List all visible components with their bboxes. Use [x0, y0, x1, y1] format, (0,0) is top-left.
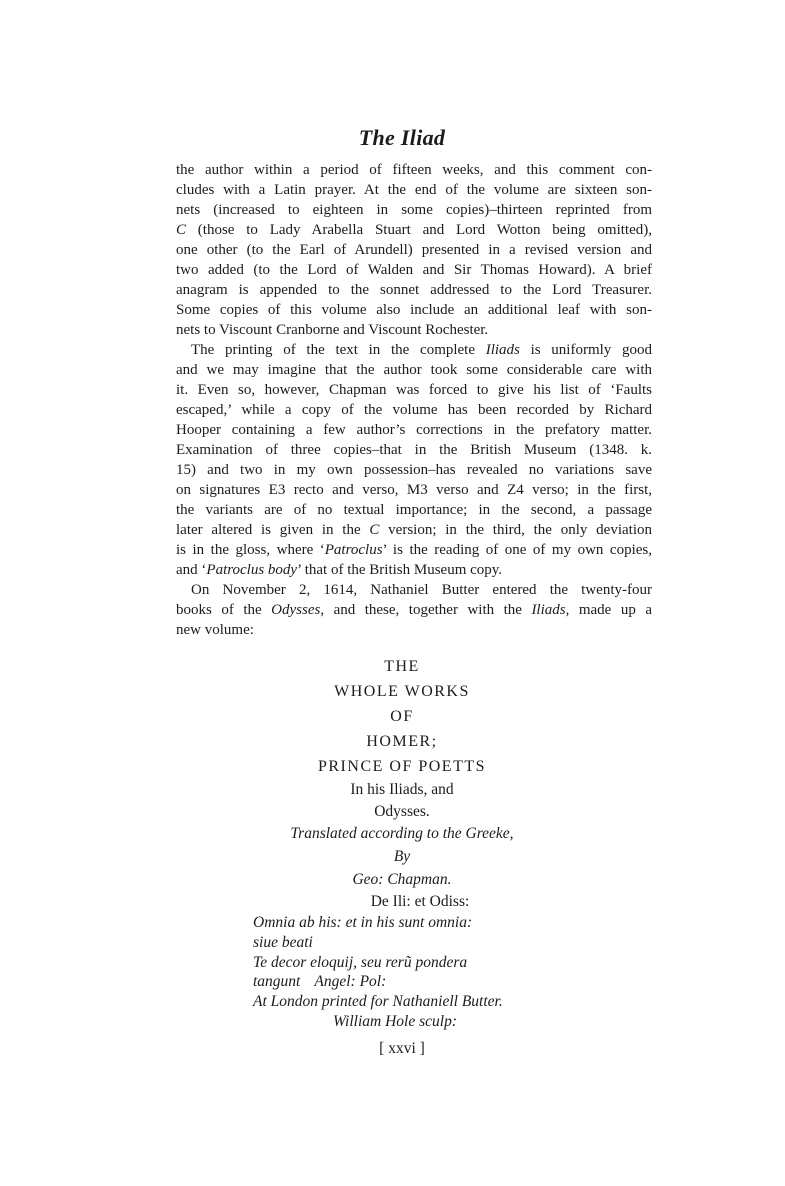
transcription-line: Te decor eloquij, seu rerũ pondera [253, 953, 640, 973]
body-line: two added (to the Lord of Walden and Sir… [176, 260, 652, 280]
transcription-line: THE [164, 654, 640, 679]
text-segment: Translated according to the Greeke, [290, 825, 513, 842]
body-line: escaped,’ while a copy of the volume has… [176, 400, 652, 420]
text-segment: Patroclus [325, 542, 383, 558]
body-line: 15) and two in my own possession–has rev… [176, 460, 652, 480]
transcription-line: At London printed for Nathaniell Butter. [253, 992, 640, 1012]
text-segment: the variants are of no textual importanc… [176, 502, 652, 518]
transcription-latin-verse: Omnia ab his: et in his sunt omnia:siue … [164, 913, 640, 992]
transcription-line: HOMER; [164, 729, 640, 754]
text-segment: In his Iliads, and [350, 781, 453, 798]
body-line: on signatures E3 recto and verso, M3 ver… [176, 480, 652, 500]
text-segment: Angel: Pol: [314, 973, 386, 990]
text-segment: The printing of the text in the complete [191, 342, 486, 358]
transcription-line: WHOLE WORKS [164, 679, 640, 704]
text-segment: De Ili: et Odiss: [371, 893, 470, 910]
text-segment: escaped,’ while a copy of the volume has… [176, 402, 652, 418]
text-segment: Te decor eloquij, seu rerũ pondera [253, 954, 467, 971]
page-title: The Iliad [164, 125, 640, 151]
text-segment: on signatures E3 recto and verso, M3 ver… [176, 482, 652, 498]
text-segment: On November 2, 1614, Nathaniel Butter en… [191, 582, 652, 598]
body-line: Examination of three copies–that in the … [176, 440, 652, 460]
text-segment: Examination of three copies–that in the … [176, 442, 652, 458]
text-segment: ’ that of the British Museum copy. [297, 562, 502, 578]
transcription-line: By [164, 845, 640, 868]
transcription-line: William Hole sculp: [253, 1012, 640, 1032]
body-line: and ‘Patroclus body’ that of the British… [176, 560, 652, 580]
body-line: C (those to Lady Arabella Stuart and Lor… [176, 220, 652, 240]
body-line: Some copies of this volume also include … [176, 300, 652, 320]
transcription-line: Omnia ab his: et in his sunt omnia: [253, 913, 640, 933]
book-page: The Iliad the author within a period of … [0, 0, 785, 1186]
transcription-main-title: THEWHOLE WORKSOFHOMER;PRINCE OF POETTS [164, 654, 640, 779]
body-line: nets (increased to eighteen in some copi… [176, 200, 652, 220]
text-segment: and ‘ [176, 562, 206, 578]
body-line: On November 2, 1614, Nathaniel Butter en… [176, 580, 652, 600]
body-text: the author within a period of fifteen we… [176, 160, 652, 640]
text-segment: By [394, 848, 410, 865]
body-line: one other (to the Earl of Arundell) pres… [176, 240, 652, 260]
transcription-line: PRINCE OF POETTS [164, 754, 640, 779]
text-segment: Patroclus body [206, 562, 297, 578]
transcription-line: siue beati [253, 933, 640, 953]
text-segment: tangunt [253, 973, 300, 990]
text-segment: Iliads [531, 602, 565, 618]
body-line: the author within a period of fifteen we… [176, 160, 652, 180]
transcription-line: In his Iliads, and [164, 779, 640, 801]
transcription-imprint: At London printed for Nathaniell Butter.… [164, 992, 640, 1032]
body-line: the variants are of no textual importanc… [176, 500, 652, 520]
body-line: and we may imagine that the author took … [176, 360, 652, 380]
text-segment: Geo: Chapman. [352, 871, 451, 888]
body-line: The printing of the text in the complete… [176, 340, 652, 360]
body-line: anagram is appended to the sonnet addres… [176, 280, 652, 300]
text-segment: is uniformly good [520, 342, 652, 358]
text-segment: , and these, together with the [320, 602, 531, 618]
text-segment: Some copies of this volume also include … [176, 302, 652, 318]
text-segment: is in the gloss, where ‘ [176, 542, 325, 558]
text-segment: it. Even so, however, Chapman was forced… [176, 382, 652, 398]
transcription-translator-credit: Translated according to the Greeke,ByGeo… [164, 822, 640, 891]
text-segment: anagram is appended to the sonnet addres… [176, 282, 652, 298]
text-segment: two added (to the Lord of Walden and Sir… [176, 262, 652, 278]
transcription-motto-heading: De Ili: et Odiss: [182, 891, 658, 913]
text-segment: WHOLE WORKS [334, 683, 470, 700]
text-segment: Odysses [271, 602, 320, 618]
text-segment: THE [384, 658, 420, 675]
text-segment: cludes with a Latin prayer. At the end o… [176, 182, 652, 198]
body-line: later altered is given in the C version;… [176, 520, 652, 540]
text-segment: C [176, 222, 186, 238]
text-segment: Omnia ab his: et in his sunt omnia: [253, 914, 472, 931]
text-segment: PRINCE OF POETTS [318, 758, 486, 775]
transcription-line: Translated according to the Greeke, [164, 822, 640, 845]
body-line: it. Even so, however, Chapman was forced… [176, 380, 652, 400]
text-segment: 15) and two in my own possession–has rev… [176, 462, 652, 478]
body-line: new volume: [176, 620, 652, 640]
text-segment: Hooper containing a few author’s correct… [176, 422, 652, 438]
text-segment: nets to Viscount Cranborne and Viscount … [176, 322, 488, 338]
text-segment: C [369, 522, 379, 538]
text-segment: ’ is the reading of one of my own copies… [383, 542, 652, 558]
body-line: books of the Odysses, and these, togethe… [176, 600, 652, 620]
text-segment: HOMER; [366, 733, 437, 750]
text-segment: At London printed for Nathaniell Butter. [253, 993, 503, 1010]
title-page-transcription: THEWHOLE WORKSOFHOMER;PRINCE OF POETTSIn… [164, 654, 640, 1032]
body-line: nets to Viscount Cranborne and Viscount … [176, 320, 652, 340]
transcription-line: OF [164, 704, 640, 729]
text-segment: later altered is given in the [176, 522, 369, 538]
text-segment: nets (increased to eighteen in some copi… [176, 202, 652, 218]
transcription-line: tanguntAngel: Pol: [253, 972, 640, 992]
text-segment: version; in the third, the only deviatio… [379, 522, 652, 538]
text-segment: OF [390, 708, 413, 725]
text-segment: Odysses. [374, 803, 430, 820]
text-segment: one other (to the Earl of Arundell) pres… [176, 242, 652, 258]
text-segment: siue beati [253, 934, 313, 951]
text-segment: and we may imagine that the author took … [176, 362, 652, 378]
page-number: [ xxvi ] [164, 1040, 640, 1058]
transcription-subtitle: In his Iliads, andOdysses. [164, 779, 640, 822]
text-segment: (those to Lady Arabella Stuart and Lord … [186, 222, 652, 238]
body-line: cludes with a Latin prayer. At the end o… [176, 180, 652, 200]
body-line: is in the gloss, where ‘Patroclus’ is th… [176, 540, 652, 560]
text-segment: books of the [176, 602, 271, 618]
transcription-line: De Ili: et Odiss: [182, 891, 658, 913]
text-segment: new volume: [176, 622, 254, 638]
text-segment: William Hole sculp: [333, 1013, 457, 1030]
transcription-line: Geo: Chapman. [164, 868, 640, 891]
text-segment: Iliads [486, 342, 520, 358]
body-line: Hooper containing a few author’s correct… [176, 420, 652, 440]
text-segment: , made up a [566, 602, 652, 618]
text-segment: the author within a period of fifteen we… [176, 162, 652, 178]
transcription-line: Odysses. [164, 801, 640, 823]
